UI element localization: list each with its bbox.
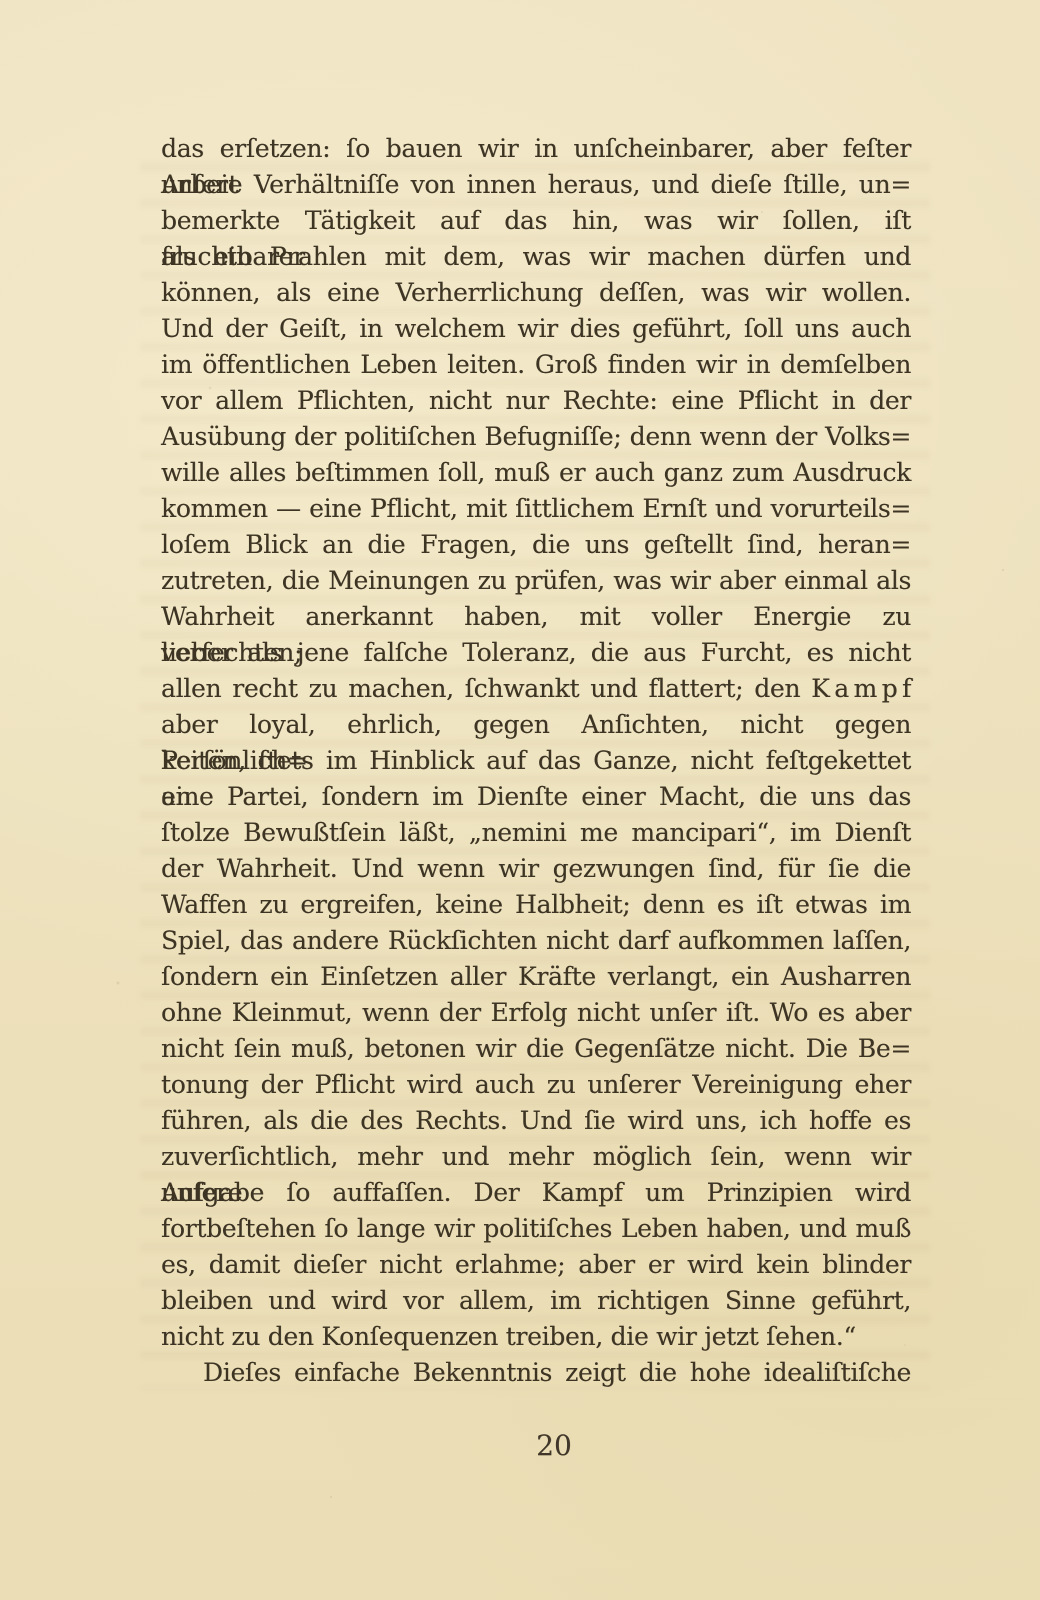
text-line: zutreten, die Meinungen zu prüfen, was w… xyxy=(161,563,911,599)
text-line: lieber als jene falſche Toleranz, die au… xyxy=(161,635,911,671)
text-line: tonung der Pflicht wird auch zu unſerer … xyxy=(161,1067,911,1103)
text-line: kommen — eine Pflicht, mit ſittlichem Er… xyxy=(161,491,911,527)
text-line: fortbeſtehen ſo lange wir politiſches Le… xyxy=(161,1211,911,1247)
text-line: ohne Kleinmut, wenn der Erfolg nicht unſ… xyxy=(161,995,911,1031)
text-line: bemerkte Tätigkeit auf das hin, was wir … xyxy=(161,203,911,239)
text-line: keiten, ſtets im Hinblick auf das Ganze,… xyxy=(161,743,911,779)
text-line: können, als eine Verherrlichung deſſen, … xyxy=(161,275,911,311)
text-line: unſere Verhältniſſe von innen heraus, un… xyxy=(161,167,911,203)
text-line: zuverſichtlich, mehr und mehr möglich ſe… xyxy=(161,1139,911,1175)
text-line: nicht ſein muß, betonen wir die Gegenſät… xyxy=(161,1031,911,1067)
text-line: im öffentlichen Leben leiten. Groß finde… xyxy=(161,347,911,383)
text-line: Dieſes einfache Bekenntnis zeigt die hoh… xyxy=(161,1355,911,1391)
text-line: Spiel, das andere Rückſichten nicht darf… xyxy=(161,923,911,959)
page-number: 20 xyxy=(179,1428,929,1464)
text-line: loſem Blick an die Fragen, die uns geſte… xyxy=(161,527,911,563)
text-line: Wahrheit anerkannt haben, mit voller Ene… xyxy=(161,599,911,635)
text-line: es, damit dieſer nicht erlahme; aber er … xyxy=(161,1247,911,1283)
text-line: bleiben und wird vor allem, im richtigen… xyxy=(161,1283,911,1319)
text-line: ſondern ein Einſetzen aller Kräfte verla… xyxy=(161,959,911,995)
text-line: aber loyal, ehrlich, gegen Anſichten, ni… xyxy=(161,707,911,743)
scanned-book-page: das erſetzen: ſo bauen wir in unſcheinba… xyxy=(0,0,1040,1600)
text-line: Waffen zu ergreifen, keine Halbheit; den… xyxy=(161,887,911,923)
text-line: allen recht zu machen, ſchwankt und flat… xyxy=(161,671,911,707)
text-line: Aufgabe ſo auffaſſen. Der Kampf um Prinz… xyxy=(161,1175,911,1211)
text-line: nicht zu den Konſequenzen treiben, die w… xyxy=(161,1319,911,1355)
text-line: ſtolze Bewußtſein läßt, „nemini me manci… xyxy=(161,815,911,851)
text-line: wille alles beſtimmen ſoll, muß er auch … xyxy=(161,455,911,491)
text-line: Und der Geiſt, in welchem wir dies gefüh… xyxy=(161,311,911,347)
text-line: Ausübung der politiſchen Befugniſſe; den… xyxy=(161,419,911,455)
text-block: das erſetzen: ſo bauen wir in unſcheinba… xyxy=(161,131,911,1391)
text-line: eine Partei, ſondern im Dienſte einer Ma… xyxy=(161,779,911,815)
text-line: das erſetzen: ſo bauen wir in unſcheinba… xyxy=(161,131,911,167)
text-line: führen, als die des Rechts. Und ſie wird… xyxy=(161,1103,911,1139)
text-line: der Wahrheit. Und wenn wir gezwungen ſin… xyxy=(161,851,911,887)
text-line: vor allem Pflichten, nicht nur Rechte: e… xyxy=(161,383,911,419)
text-line: als ein Prahlen mit dem, was wir machen … xyxy=(161,239,911,275)
